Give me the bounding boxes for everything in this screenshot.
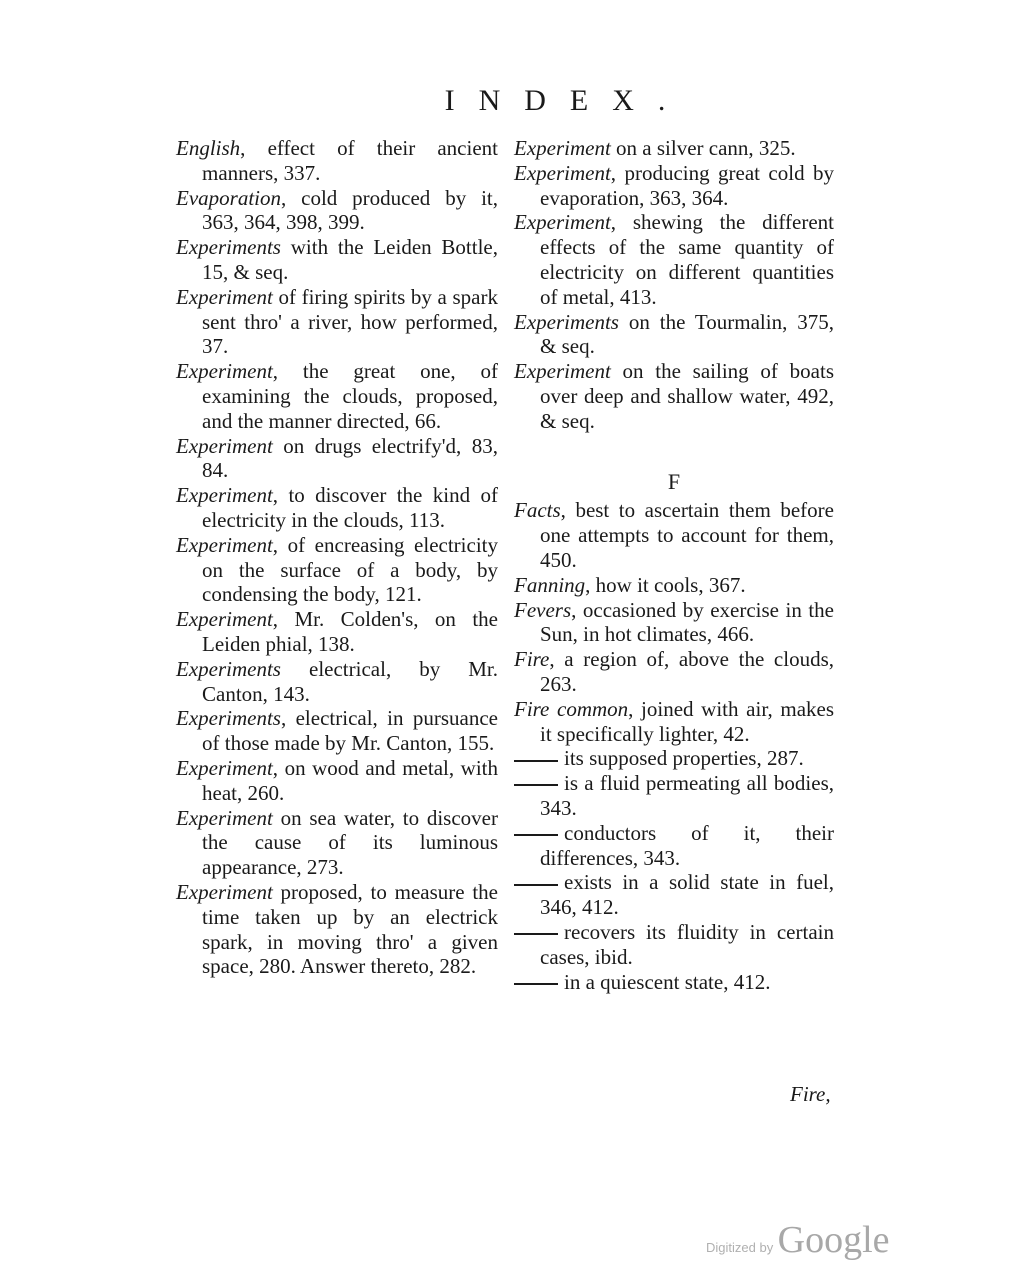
digitized-watermark: Digitized by Google (706, 1218, 890, 1262)
index-entry: Evaporation, cold produced by it, 363, 3… (176, 186, 498, 236)
index-entry: Experiments on the Tourmalin, 375, & seq… (514, 310, 834, 360)
section-letter-f: F (514, 470, 834, 495)
index-subentry: exists in a solid state in fuel, 346, 41… (514, 870, 834, 920)
index-entry: Fire, a region of, above the clouds, 263… (514, 647, 834, 697)
page-title: INDEX. (0, 84, 1014, 118)
index-entry: Experiment, the great one, of examining … (176, 359, 498, 433)
index-entry: Experiments electrical, by Mr. Canton, 1… (176, 657, 498, 707)
index-entry: Experiment of firing spirits by a spark … (176, 285, 498, 359)
index-entry: Experiment, shewing the different effect… (514, 210, 834, 309)
index-subentry: its supposed properties, 287. (514, 746, 834, 771)
index-entry: Fanning, how it cools, 367. (514, 573, 834, 598)
index-subentry: conductors of it, their differences, 343… (514, 821, 834, 871)
index-subentry: recovers its fluidity in certain cases, … (514, 920, 834, 970)
em-dash-rule (514, 983, 558, 985)
index-entry: Experiments with the Leiden Bottle, 15, … (176, 235, 498, 285)
index-entry: Experiment proposed, to measure the time… (176, 880, 498, 979)
watermark-prefix: Digitized by (706, 1240, 773, 1255)
index-subentry: in a quiescent state, 412. (514, 970, 834, 995)
index-entry: Experiment on the sailing of boats over … (514, 359, 834, 433)
index-entry: Experiment, producing great cold by evap… (514, 161, 834, 211)
index-column-left: English, effect of their ancient manners… (176, 136, 498, 979)
em-dash-rule (514, 784, 558, 786)
index-entry: Experiment, Mr. Colden's, on the Leiden … (176, 607, 498, 657)
index-entry: Experiments, electrical, in pursuance of… (176, 706, 498, 756)
index-entry: Fevers, occasioned by exercise in the Su… (514, 598, 834, 648)
index-entry: Fire common, joined with air, makes it s… (514, 697, 834, 747)
index-subentry: is a fluid permeating all bodies, 343. (514, 771, 834, 821)
em-dash-rule (514, 884, 558, 886)
index-entry: Facts, best to ascertain them before one… (514, 498, 834, 572)
em-dash-rule (514, 760, 558, 762)
index-entry: Experiment, on wood and metal, with heat… (176, 756, 498, 806)
index-entry: Experiment on drugs electrify'd, 83, 84. (176, 434, 498, 484)
em-dash-rule (514, 834, 558, 836)
index-entry: Experiment on a silver cann, 325. (514, 136, 834, 161)
index-column-right: Experiment on a silver cann, 325. Experi… (514, 136, 834, 994)
em-dash-rule (514, 933, 558, 935)
google-logo: Google (778, 1219, 890, 1261)
index-entry: Experiment, to discover the kind of elec… (176, 483, 498, 533)
index-entry: English, effect of their ancient manners… (176, 136, 498, 186)
index-entry: Experiment on sea water, to discover the… (176, 806, 498, 880)
catchword: Fire, (790, 1082, 831, 1107)
index-entry: Experiment, of encreasing electricity on… (176, 533, 498, 607)
